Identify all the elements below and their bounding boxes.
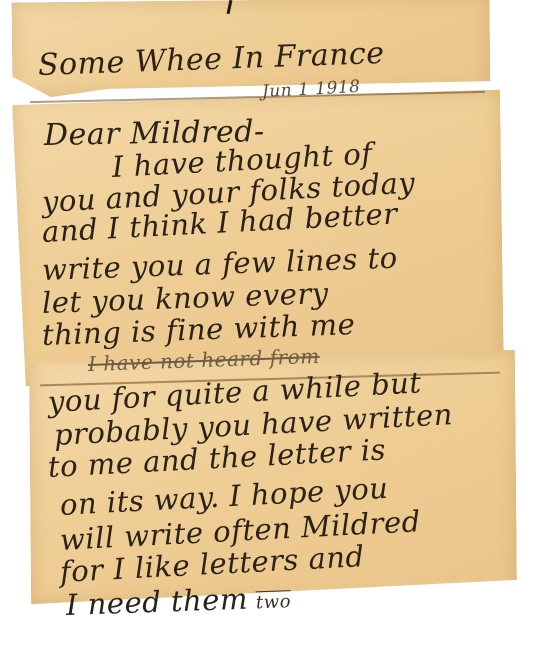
letter: Some Whee In France Jun 1 1918 Dear Mild… (0, 0, 539, 650)
letter-line-last: I need themtwo (65, 580, 291, 622)
letter-line-text: I need them (65, 582, 248, 622)
trailing-word: two (256, 591, 292, 613)
